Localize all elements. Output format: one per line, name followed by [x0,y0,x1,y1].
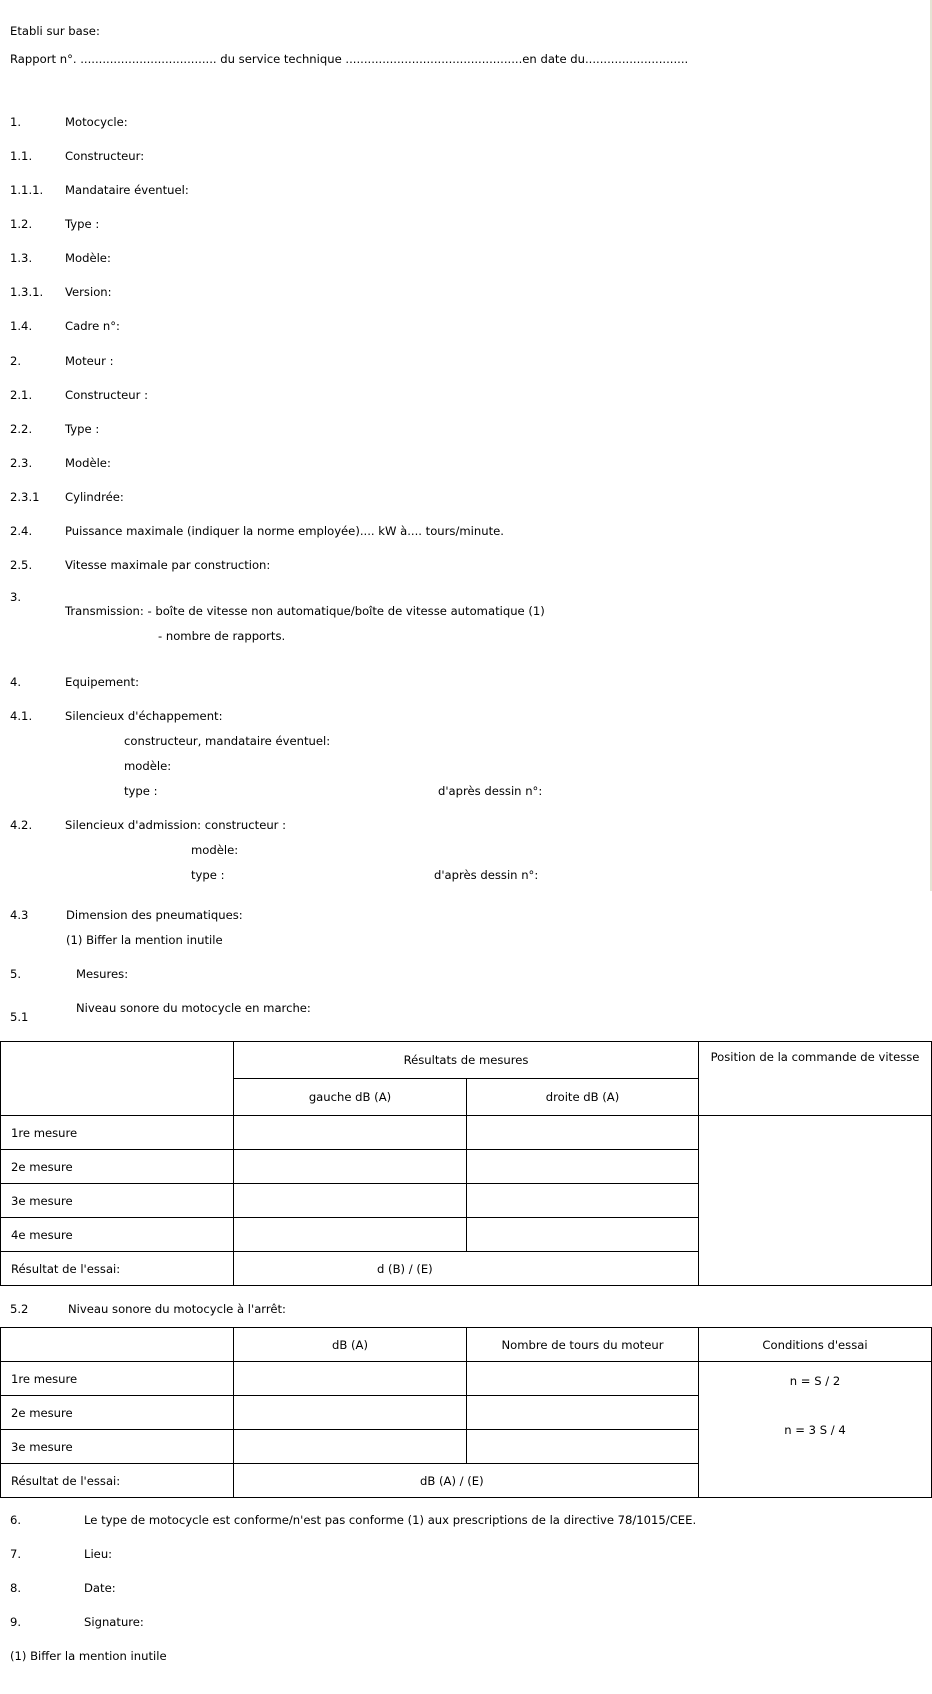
db-cell[interactable] [234,1396,467,1430]
stationary-number: 5.2 [10,1302,28,1316]
item-label: Vitesse maximale par construction: [65,558,270,572]
measures-label: Mesures: [76,967,128,981]
right-db-cell[interactable] [467,1218,699,1252]
right-db-header: droite dB (A) [467,1079,699,1116]
exhaust-model-label: modèle: [124,759,171,773]
item-label: Cylindrée: [65,490,124,504]
item-number: 2. [10,354,21,368]
item-label: Type : [65,422,99,436]
exhaust-label: Silencieux d'échappement: [65,709,223,723]
row-label: 1re mesure [1,1116,234,1150]
item-label: Cadre n°: [65,319,120,333]
transmission-number: 3. [10,590,21,604]
conditions-header: Conditions d'essai [699,1328,932,1362]
closing-label: Le type de motocycle est conforme/n'est … [84,1513,696,1527]
result-value[interactable]: d (B) / (E) [234,1252,699,1286]
report-mid: du service technique [217,52,346,66]
exhaust-drawing-label: d'après dessin n°: [438,784,542,798]
left-db-cell[interactable] [234,1116,467,1150]
exhaust-type-label: type : [124,784,158,798]
item-number: 2.3. [10,456,32,470]
item-label: Version: [65,285,112,299]
row-label: 2e mesure [1,1396,234,1430]
intake-type-label: type : [191,868,225,882]
report-line: Rapport n°. ............................… [10,52,688,66]
right-db-cell[interactable] [467,1150,699,1184]
stationary-noise-table: dB (A) Nombre de tours du moteur Conditi… [0,1327,932,1498]
item-label: Constructeur: [65,149,144,163]
db-cell[interactable] [234,1430,467,1464]
condition-half: n = S / 2 [699,1362,931,1388]
rpm-cell[interactable] [467,1362,699,1396]
closing-number: 8. [10,1581,21,1595]
item-number: 1.1.1. [10,183,43,197]
moving-noise-table: Résultats de mesures Position de la comm… [0,1041,932,1286]
row-label: 2e mesure [1,1150,234,1184]
conditions-cell: n = S / 2 n = 3 S / 4 [699,1362,932,1498]
item-number: 2.2. [10,422,32,436]
item-label: Modèle: [65,456,111,470]
gear-position-cell[interactable] [699,1116,932,1286]
left-db-cell[interactable] [234,1150,467,1184]
closing-number: 9. [10,1615,21,1629]
item-number: 1.2. [10,217,32,231]
tyres-number: 4.3 [10,908,28,922]
left-db-cell[interactable] [234,1218,467,1252]
result-value[interactable]: dB (A) / (E) [234,1464,699,1498]
tyres-footnote: (1) Biffer la mention inutile [66,933,223,947]
row-label: 1re mesure [1,1362,234,1396]
closing-label: Signature: [84,1615,144,1629]
measures-number: 5. [10,967,21,981]
item-label: Mandataire éventuel: [65,183,189,197]
item-label: Modèle: [65,251,111,265]
equipment-label: Equipement: [65,675,139,689]
report-number-field[interactable]: ..................................... [80,52,216,66]
corner-cell [1,1328,234,1362]
right-db-cell[interactable] [467,1116,699,1150]
item-number: 1.4. [10,319,32,333]
row-label: 3e mesure [1,1430,234,1464]
item-number: 2.1. [10,388,32,402]
gear-position-header: Position de la commande de vitesse [699,1042,932,1116]
intake-model-label: modèle: [191,843,238,857]
exhaust-manufacturer-label: constructeur, mandataire éventuel: [124,734,330,748]
intake-number: 4.2. [10,818,32,832]
item-number: 1. [10,115,21,129]
report-date-field[interactable]: ............................ [585,52,688,66]
moving-label: Niveau sonore du motocycle en marche: [76,1001,311,1015]
rpm-cell[interactable] [467,1430,699,1464]
db-header: dB (A) [234,1328,467,1362]
footnote: (1) Biffer la mention inutile [10,1649,167,1663]
item-number: 1.3.1. [10,285,43,299]
result-label: Résultat de l'essai: [1,1464,234,1498]
corner-cell [1,1042,234,1116]
moving-number: 5.1 [10,1010,28,1024]
table-row: 1re mesure n = S / 2 n = 3 S / 4 [1,1362,932,1396]
closing-number: 7. [10,1547,21,1561]
equipment-number: 4. [10,675,21,689]
right-db-cell[interactable] [467,1184,699,1218]
results-header: Résultats de mesures [234,1042,699,1079]
closing-label: Date: [84,1581,116,1595]
gear-count-label: - nombre de rapports. [158,629,285,643]
exhaust-number: 4.1. [10,709,32,723]
tyres-label: Dimension des pneumatiques: [66,908,243,922]
left-db-header: gauche dB (A) [234,1079,467,1116]
item-label: Type : [65,217,99,231]
intake-label: Silencieux d'admission: constructeur : [65,818,286,832]
condition-three-quarter: n = 3 S / 4 [699,1388,931,1437]
closing-number: 6. [10,1513,21,1527]
item-label: Moteur : [65,354,113,368]
item-label: Constructeur : [65,388,148,402]
report-date-label: en date du [522,52,585,66]
item-number: 2.5. [10,558,32,572]
row-label: 3e mesure [1,1184,234,1218]
rpm-cell[interactable] [467,1396,699,1430]
report-prefix: Rapport n°. [10,52,80,66]
item-number: 2.4. [10,524,32,538]
closing-label: Lieu: [84,1547,112,1561]
db-cell[interactable] [234,1362,467,1396]
intake-drawing-label: d'après dessin n°: [434,868,538,882]
basis-label: Etabli sur base: [10,24,100,38]
item-number: 1.3. [10,251,32,265]
left-db-cell[interactable] [234,1184,467,1218]
result-label: Résultat de l'essai: [1,1252,234,1286]
row-label: 4e mesure [1,1218,234,1252]
item-number: 2.3.1 [10,490,40,504]
stationary-label: Niveau sonore du motocycle à l'arrêt: [68,1302,286,1316]
table-row: 1re mesure [1,1116,932,1150]
transmission-label: Transmission: - boîte de vitesse non aut… [65,604,545,618]
item-label: Puissance maximale (indiquer la norme em… [65,524,504,538]
item-number: 1.1. [10,149,32,163]
item-label: Motocycle: [65,115,128,129]
technical-service-field[interactable]: ........................................… [345,52,522,66]
rpm-header: Nombre de tours du moteur [467,1328,699,1362]
